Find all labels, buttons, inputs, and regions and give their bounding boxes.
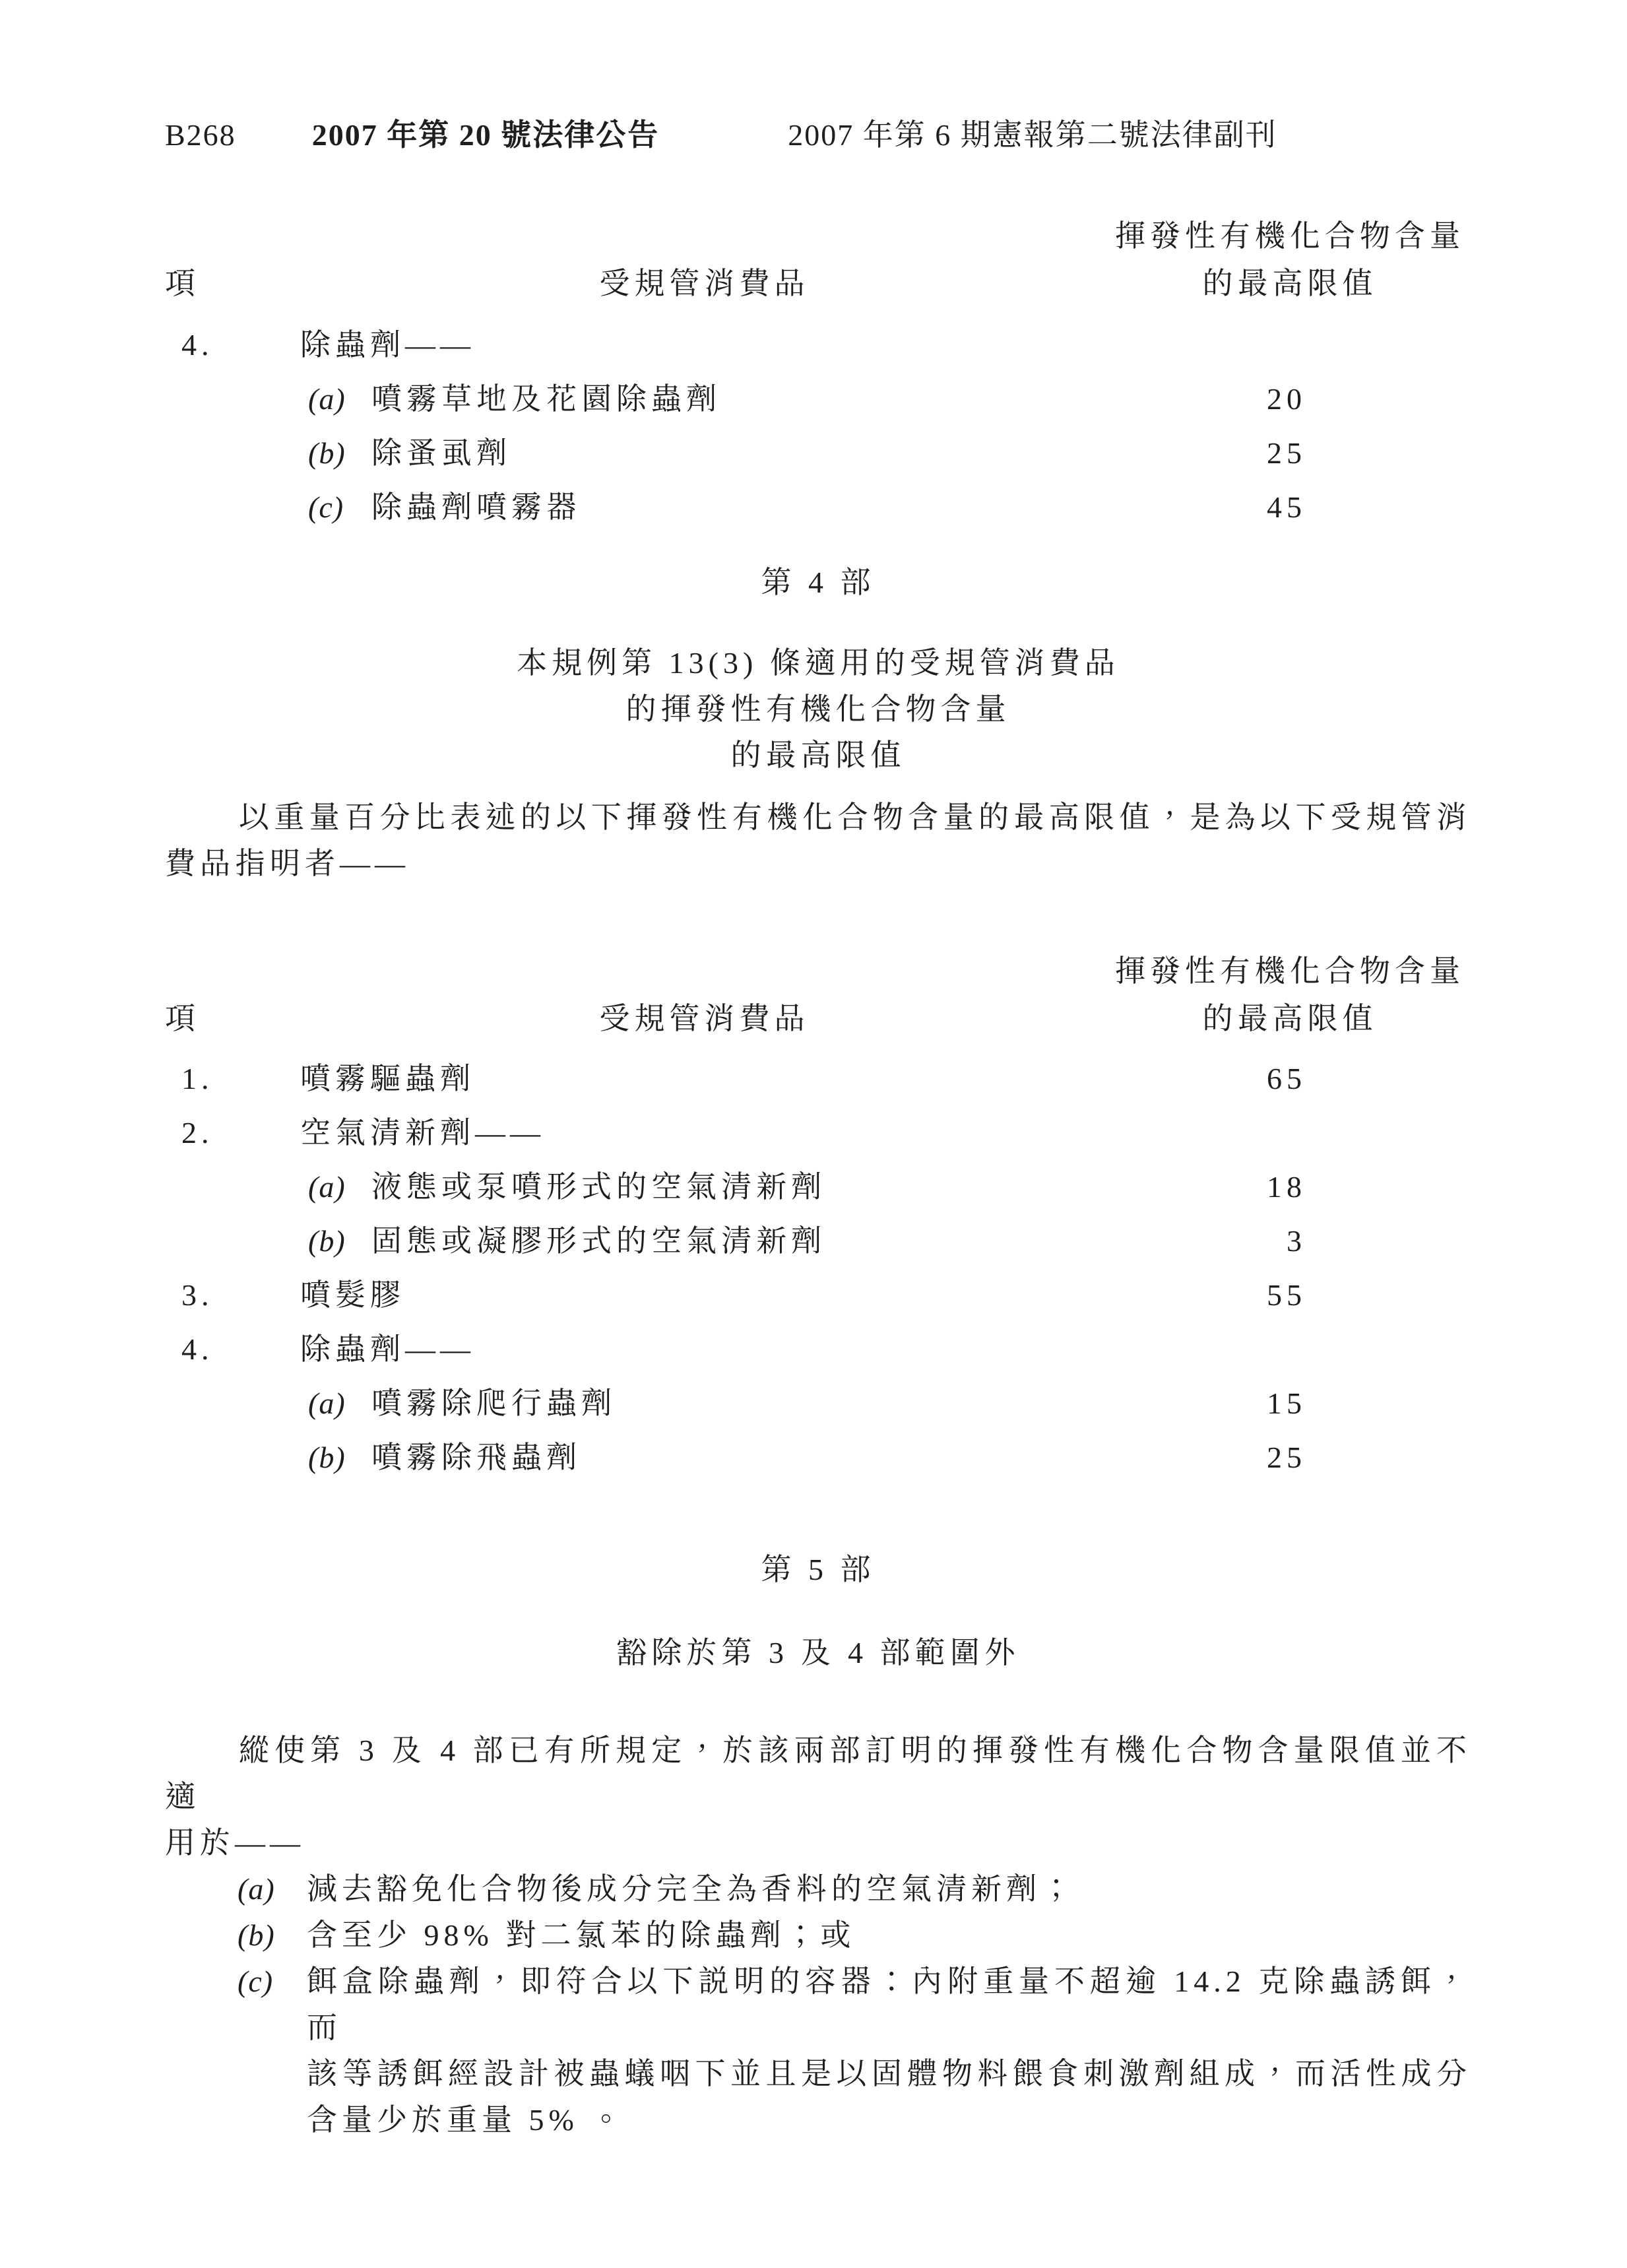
item-text-line2: 該等誘餌經設計被蟲蟻咽下並且是以固體物料餵食刺激劑組成，而活性成分: [307, 2051, 1471, 2097]
row-label: 噴髮膠: [300, 1279, 1108, 1312]
row-value: 25: [1108, 1441, 1471, 1474]
table-row: (a)液態或泵噴形式的空氣清新劑 18: [165, 1171, 1471, 1204]
table-row: 1. 噴霧驅蟲劑 65: [165, 1062, 1471, 1095]
row-letter: (c): [300, 491, 371, 524]
row-value: 55: [1108, 1279, 1471, 1312]
row-value: [1108, 1333, 1471, 1366]
row-label: 噴霧驅蟲劑: [300, 1062, 1108, 1095]
row-letter: (b): [300, 1225, 371, 1258]
part4-intro-line1: 以重量百分比表述的以下揮發性有機化合物含量的最高限值，是為以下受規管消: [165, 794, 1471, 841]
row-label-text: 噴霧草地及花園除蟲劑: [371, 382, 721, 416]
row-label-text: 除蚤虱劑: [371, 436, 511, 470]
table2-header-product: 受規管消費品: [300, 995, 1108, 1043]
table2-header-limit: 揮發性有機化合物含量 的最高限值: [1108, 948, 1471, 1043]
table1-header-limit-line1: 揮發性有機化合物含量: [1108, 212, 1471, 260]
table1-column-header: 項 受規管消費品 揮發性有機化合物含量 的最高限值: [165, 212, 1471, 308]
row-number: 3.: [165, 1279, 300, 1312]
row-letter: (a): [300, 1171, 371, 1204]
row-label: (b)噴霧除飛蟲劑: [300, 1441, 1108, 1474]
row-value: 18: [1108, 1171, 1471, 1204]
list-item: (b) 含至少 98% 對二氯苯的除蟲劑；或: [165, 1912, 1471, 1959]
page-number: B268: [165, 119, 236, 152]
issue-title: 2007 年第 6 期憲報第二號法律副刊: [788, 119, 1277, 152]
table-row: (a)噴霧除爬行蟲劑 15: [165, 1387, 1471, 1420]
row-label-text: 噴霧除爬行蟲劑: [371, 1386, 616, 1420]
table-row: (b)噴霧除飛蟲劑 25: [165, 1441, 1471, 1474]
table2-header-item: 項: [165, 995, 300, 1043]
table-row: (b)固態或凝膠形式的空氣清新劑 3: [165, 1225, 1471, 1258]
row-number-empty: [165, 1387, 300, 1420]
item-letter: (b): [238, 1912, 275, 1959]
table2-header-limit-line2: 的最高限值: [1108, 995, 1471, 1043]
part5-intro-line2: 用於——: [165, 1820, 1471, 1866]
table2-header-limit-line1: 揮發性有機化合物含量: [1108, 948, 1471, 995]
notice-title: 2007 年第 20 號法律公告: [312, 119, 660, 152]
row-value: 20: [1108, 383, 1471, 416]
gazette-page: B268 2007 年第 20 號法律公告 2007 年第 6 期憲報第二號法律…: [0, 0, 1627, 2268]
table-row: 2. 空氣清新劑——: [165, 1117, 1471, 1150]
row-label: (a)液態或泵噴形式的空氣清新劑: [300, 1171, 1108, 1204]
row-label: (a)噴霧草地及花園除蟲劑: [300, 383, 1108, 416]
part4-heading: 第 4 部: [165, 566, 1471, 599]
table1-header-product: 受規管消費品: [300, 260, 1108, 308]
row-label: (c)除蟲劑噴霧器: [300, 491, 1108, 524]
table1-rows: 4. 除蟲劑—— (a)噴霧草地及花園除蟲劑 20 (b)除蚤虱劑 25 (c)…: [165, 329, 1471, 524]
row-number-empty: [165, 491, 300, 524]
row-label: 空氣清新劑——: [300, 1117, 1108, 1150]
row-value: 15: [1108, 1387, 1471, 1420]
part4-intro-line2: 費品指明者——: [165, 841, 1471, 887]
row-letter: (b): [300, 437, 371, 470]
part5-intro-line1: 縱使第 3 及 4 部已有所規定，於該兩部訂明的揮發性有機化合物含量限值並不適: [165, 1728, 1471, 1820]
part4-intro: 以重量百分比表述的以下揮發性有機化合物含量的最高限值，是為以下受規管消 費品指明…: [165, 794, 1471, 887]
row-label-text: 噴霧除飛蟲劑: [371, 1441, 581, 1474]
part4-title-line3: 的最高限值: [165, 732, 1471, 779]
row-value: [1108, 329, 1471, 362]
table2-rows: 1. 噴霧驅蟲劑 65 2. 空氣清新劑—— (a)液態或泵噴形式的空氣清新劑 …: [165, 1062, 1471, 1474]
row-label-text: 除蟲劑噴霧器: [371, 490, 581, 524]
row-number-empty: [165, 1441, 300, 1474]
table-row: (b)除蚤虱劑 25: [165, 437, 1471, 470]
part4-title-line1: 本規例第 13(3) 條適用的受規管消費品: [165, 640, 1471, 686]
row-value: 3: [1108, 1225, 1471, 1258]
item-text-line1: 餌盒除蟲劑，即符合以下説明的容器：內附重量不超逾 14.2 克除蟲誘餌，而: [307, 1959, 1471, 2051]
list-item: (c) 餌盒除蟲劑，即符合以下説明的容器：內附重量不超逾 14.2 克除蟲誘餌，…: [165, 1959, 1471, 2143]
part5-subtitle: 豁除於第 3 及 4 部範圍外: [165, 1630, 1471, 1676]
row-number-empty: [165, 383, 300, 416]
row-label: 除蟲劑——: [300, 329, 1108, 362]
table2-column-header: 項 受規管消費品 揮發性有機化合物含量 的最高限值: [165, 948, 1471, 1043]
row-number: 4.: [165, 1333, 300, 1366]
item-text-line3: 含量少於重量 5% 。: [307, 2097, 1471, 2143]
list-item: (a) 減去豁免化合物後成分完全為香料的空氣清新劑；: [165, 1866, 1471, 1912]
item-text: 含至少 98% 對二氯苯的除蟲劑；或: [307, 1912, 1471, 1959]
table-row: 4. 除蟲劑——: [165, 329, 1471, 362]
row-label: (b)除蚤虱劑: [300, 437, 1108, 470]
item-text: 減去豁免化合物後成分完全為香料的空氣清新劑；: [307, 1866, 1471, 1912]
row-label: 除蟲劑——: [300, 1333, 1108, 1366]
part5-list: (a) 減去豁免化合物後成分完全為香料的空氣清新劑； (b) 含至少 98% 對…: [165, 1866, 1471, 2143]
table-row: 4. 除蟲劑——: [165, 1333, 1471, 1366]
part4-title-line2: 的揮發性有機化合物含量: [165, 686, 1471, 732]
table1-header-limit: 揮發性有機化合物含量 的最高限值: [1108, 212, 1471, 308]
row-number-empty: [165, 1225, 300, 1258]
row-number-empty: [165, 437, 300, 470]
row-letter: (a): [300, 383, 371, 416]
table1-header-item: 項: [165, 260, 300, 308]
row-number: 2.: [165, 1117, 300, 1150]
row-number: 1.: [165, 1062, 300, 1095]
row-label-text: 固態或凝膠形式的空氣清新劑: [371, 1224, 826, 1258]
row-value: 65: [1108, 1062, 1471, 1095]
row-value: 45: [1108, 491, 1471, 524]
part5-heading: 第 5 部: [165, 1553, 1471, 1586]
row-letter: (b): [300, 1441, 371, 1474]
item-letter: (c): [238, 1959, 273, 2005]
row-number: 4.: [165, 329, 300, 362]
row-number-empty: [165, 1171, 300, 1204]
row-letter: (a): [300, 1387, 371, 1420]
item-letter: (a): [238, 1866, 275, 1912]
row-value: 25: [1108, 437, 1471, 470]
table-row: (a)噴霧草地及花園除蟲劑 20: [165, 383, 1471, 416]
table-row: (c)除蟲劑噴霧器 45: [165, 491, 1471, 524]
part4-title: 本規例第 13(3) 條適用的受規管消費品 的揮發性有機化合物含量 的最高限值: [165, 640, 1471, 779]
row-label: (a)噴霧除爬行蟲劑: [300, 1387, 1108, 1420]
row-label: (b)固態或凝膠形式的空氣清新劑: [300, 1225, 1108, 1258]
page-header: B268 2007 年第 20 號法律公告 2007 年第 6 期憲報第二號法律…: [165, 119, 1471, 152]
table1-header-limit-line2: 的最高限值: [1108, 260, 1471, 308]
part5-intro: 縱使第 3 及 4 部已有所規定，於該兩部訂明的揮發性有機化合物含量限值並不適 …: [165, 1728, 1471, 1866]
table-row: 3. 噴髮膠 55: [165, 1279, 1471, 1312]
row-value: [1108, 1117, 1471, 1150]
row-label-text: 液態或泵噴形式的空氣清新劑: [371, 1170, 826, 1204]
